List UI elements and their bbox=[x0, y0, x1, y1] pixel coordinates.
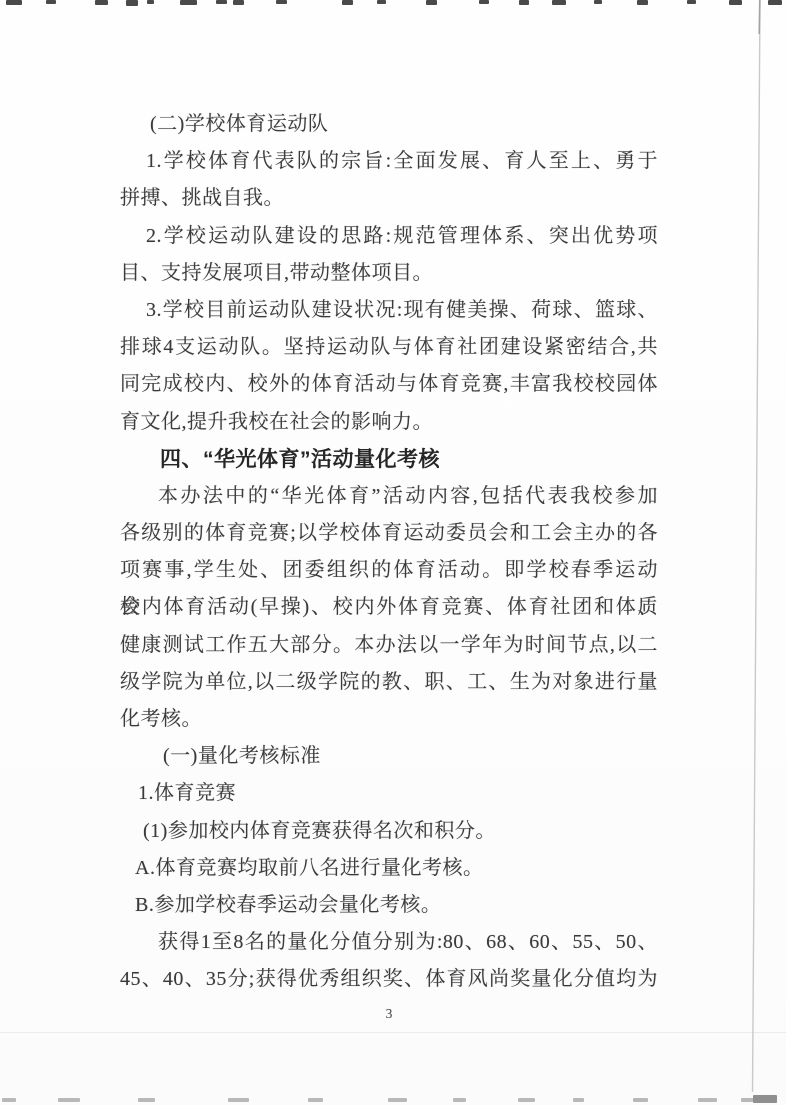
scan-speck bbox=[58, 1098, 80, 1102]
scan-speck bbox=[95, 0, 108, 5]
scan-speck bbox=[180, 0, 197, 5]
scan-speck bbox=[552, 0, 566, 5]
scan-speck bbox=[479, 0, 489, 4]
scan-speck bbox=[698, 1098, 717, 1102]
scan-speck bbox=[453, 1098, 466, 1102]
scan-speck bbox=[276, 0, 287, 4]
scan-speck bbox=[573, 1098, 584, 1102]
scan-speck bbox=[308, 1098, 323, 1102]
scan-speck bbox=[138, 1098, 155, 1102]
scan-speck bbox=[729, 0, 742, 5]
scan-speck bbox=[216, 0, 227, 4]
scan-speck bbox=[46, 0, 56, 4]
scan-speck bbox=[637, 0, 648, 5]
scan-speck bbox=[519, 0, 529, 5]
scan-speck bbox=[426, 0, 437, 5]
scan-speck bbox=[6, 0, 22, 5]
scan-speck bbox=[518, 1098, 535, 1102]
scan-speck bbox=[377, 0, 386, 4]
scanned-document-page: (二)学校体育运动队 1.学校体育代表队的宗旨:全面发展、育人至上、勇于 拼搏、… bbox=[0, 0, 786, 1105]
scan-right-edge-line bbox=[0, 0, 786, 1105]
scan-speck bbox=[768, 0, 782, 5]
scan-speck bbox=[233, 0, 244, 5]
scan-speck bbox=[594, 0, 602, 4]
scan-speck bbox=[687, 0, 696, 4]
scan-artifact-corner-blob bbox=[753, 1095, 777, 1103]
scan-speck bbox=[633, 1098, 648, 1102]
scan-speck bbox=[342, 0, 353, 5]
scan-speck bbox=[2, 1098, 16, 1102]
scan-speck bbox=[126, 0, 138, 6]
scan-speck bbox=[147, 0, 154, 4]
scan-speck bbox=[388, 1098, 407, 1102]
scan-speck bbox=[228, 1098, 249, 1102]
